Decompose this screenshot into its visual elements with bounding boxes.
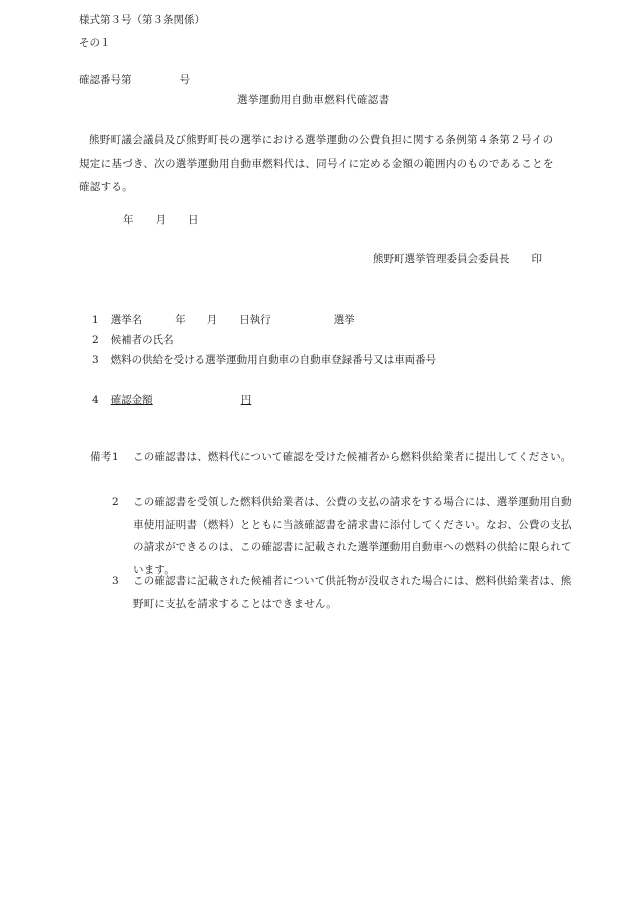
seal-mark: 印: [532, 253, 543, 265]
item-number: 4: [92, 394, 99, 406]
form-number: 様式第３号（第３条関係）: [79, 13, 205, 27]
item-month: 月: [207, 314, 218, 326]
item-number: 1: [92, 314, 99, 326]
note-number: 2: [112, 491, 119, 514]
amount-underline: 確認金額円: [111, 394, 252, 406]
item-year: 年: [175, 314, 186, 326]
note-text: この確認書は、燃料代について確認を受けた候補者から燃料供給業者に提出してください…: [133, 446, 573, 469]
item-election: 選挙: [334, 314, 355, 326]
confirmation-number: 確認番号第号: [79, 73, 190, 87]
confirmation-number-prefix: 確認番号第: [79, 74, 132, 86]
date-month: 月: [156, 214, 167, 226]
form-part: その１: [79, 36, 111, 50]
confirmation-number-suffix: 号: [180, 74, 191, 86]
item-number: 3: [92, 354, 99, 366]
item-day-exec: 日執行: [239, 314, 271, 326]
notes-heading: 備考: [90, 446, 111, 469]
note-number: 3: [112, 570, 119, 593]
item-number: 2: [92, 334, 99, 346]
item-vehicle-number: 3燃料の供給を受ける選挙運動用自動車の自動車登録番号又は車両番号: [92, 353, 436, 367]
item-unit: 円: [241, 394, 252, 406]
issue-date: 年月日: [123, 213, 199, 227]
item-election-name: 1選挙名年月日執行選挙: [92, 313, 355, 327]
document-title: 選挙運動用自動車燃料代確認書: [237, 93, 390, 107]
note-text: この確認書に記載された候補者について供託物が没収された場合には、燃料供給業者は、…: [133, 570, 573, 615]
date-day: 日: [188, 214, 199, 226]
note-text-content: この確認書は、燃料代について確認を受けた候補者から燃料供給業者に提出してください…: [133, 451, 572, 463]
item-label: 選挙名: [111, 314, 143, 326]
note-number: 1: [112, 446, 119, 469]
item-label: 候補者の氏名: [111, 334, 174, 346]
item-label: 燃料の供給を受ける選挙運動用自動車の自動車登録番号又は車両番号: [111, 354, 437, 366]
item-candidate-name: 2候補者の氏名: [92, 333, 174, 347]
date-year: 年: [123, 214, 134, 226]
item-confirmed-amount: 4確認金額円: [92, 393, 251, 407]
note-text: この確認書を受領した燃料供給業者は、公費の支払の請求をする場合には、選挙運動用自…: [133, 491, 573, 581]
issuer: 熊野町選挙管理委員会委員長印: [373, 252, 542, 266]
item-label: 確認金額: [111, 394, 153, 406]
issuer-name: 熊野町選挙管理委員会委員長: [373, 253, 510, 265]
body-text: 熊野町議会議員及び熊野町長の選挙における選挙運動の公費負担に関する条例第４条第２…: [79, 129, 554, 200]
